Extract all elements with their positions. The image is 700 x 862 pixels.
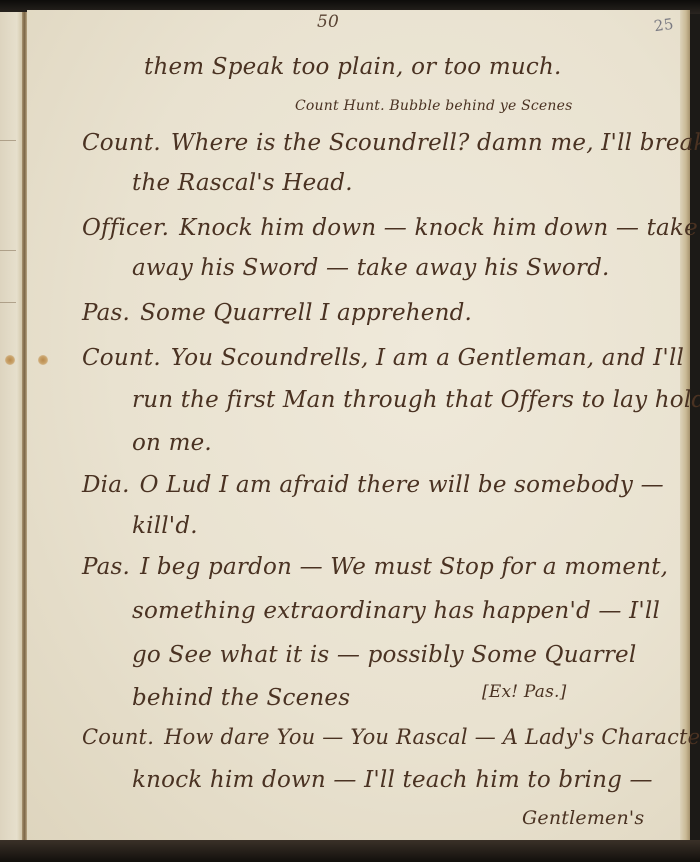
dialogue-continuation: go See what it is — possibly Some Quarre…	[132, 642, 636, 668]
facing-page-ruling	[0, 250, 16, 251]
dialogue-line: Count.Where is the Scoundrell? damn me, …	[82, 130, 700, 156]
stage-direction-exit: [Ex! Pas.]	[482, 682, 566, 702]
speaker-name: Count.	[82, 725, 154, 749]
scan-bottom-edge	[0, 840, 700, 862]
speaker-name: Pas.	[82, 554, 130, 580]
manuscript-page: 50 25 them Speak too plain, or too much.…	[27, 10, 690, 846]
manuscript-line: them Speak too plain, or too much.	[144, 54, 562, 80]
dialogue-continuation: away his Sword — take away his Sword.	[132, 255, 610, 281]
stage-direction: Count Hunt. Bubble behind ye Scenes	[295, 98, 572, 114]
dialogue-line: Officer.Knock him down — knock him down …	[82, 215, 698, 241]
dialogue-continuation: knock him down — I'll teach him to bring…	[132, 767, 653, 793]
foxing-stain	[5, 355, 15, 365]
dialogue-continuation: on me.	[132, 430, 212, 456]
facing-page-ruling	[0, 302, 16, 303]
dialogue-continuation: kill'd.	[132, 513, 198, 539]
foxing-stain	[38, 355, 48, 365]
facing-page-ruling	[0, 140, 16, 141]
facing-page-edge	[0, 12, 24, 842]
dialogue-continuation: behind the Scenes	[132, 685, 350, 711]
page-number: 50	[317, 12, 339, 32]
pencil-folio-number: 25	[653, 15, 675, 36]
dialogue-line: Pas.Some Quarrell I apprehend.	[82, 300, 472, 326]
dialogue-continuation: run the first Man through that Offers to…	[132, 387, 700, 413]
dialogue-continuation: the Rascal's Head.	[132, 170, 353, 196]
dialogue-line: Count.How dare You — You Rascal — A Lady…	[82, 725, 700, 749]
speaker-name: Pas.	[82, 300, 130, 326]
dialogue-line: Dia.O Lud I am afraid there will be some…	[82, 472, 664, 498]
speaker-name: Count.	[82, 345, 161, 371]
dialogue-line: Pas.I beg pardon — We must Stop for a mo…	[82, 554, 668, 580]
speaker-name: Dia.	[82, 472, 130, 498]
catchword: Gentlemen's	[522, 807, 644, 829]
dialogue-line: Count.You Scoundrells, I am a Gentleman,…	[82, 345, 684, 371]
speaker-name: Count.	[82, 130, 161, 156]
speaker-name: Officer.	[82, 215, 169, 241]
dialogue-continuation: something extraordinary has happen'd — I…	[132, 598, 660, 624]
